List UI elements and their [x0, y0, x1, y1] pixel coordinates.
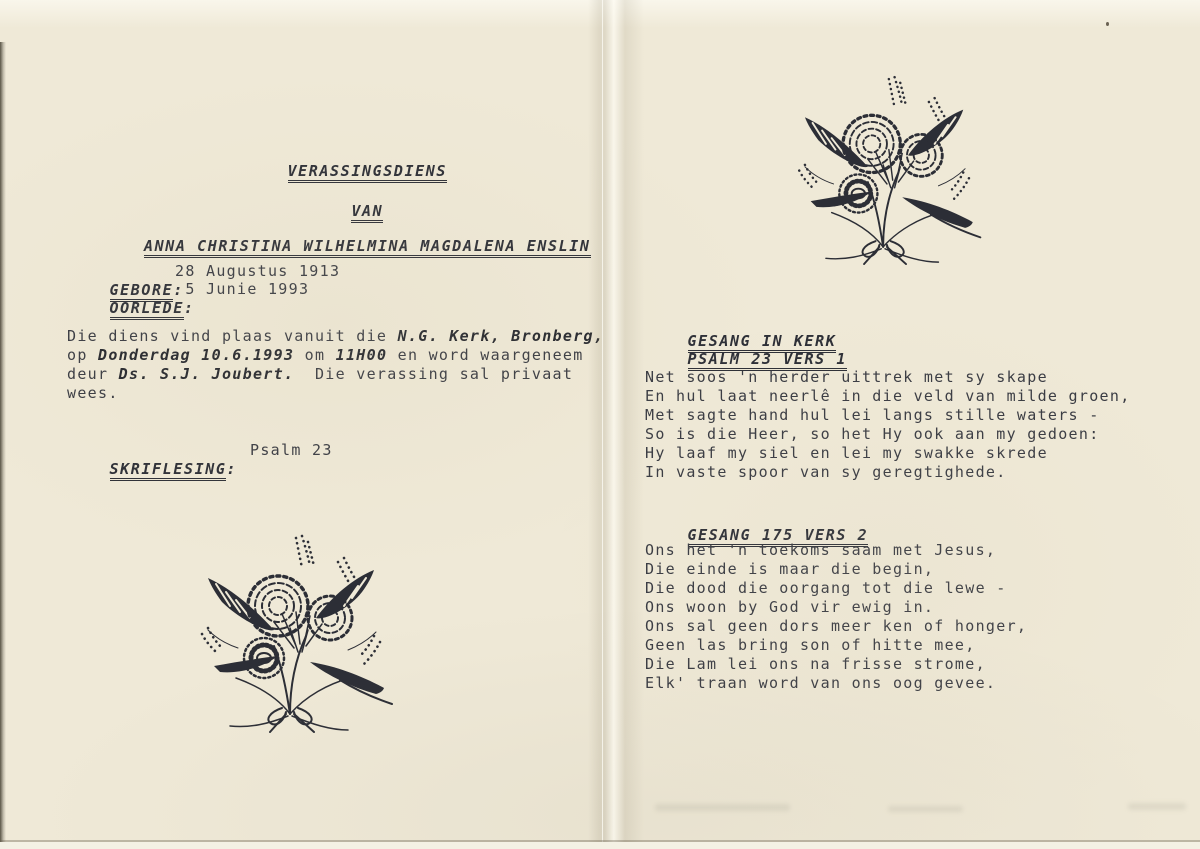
show-through-smudge	[655, 804, 790, 811]
flower-bouquet-illustration-bottom-left	[178, 518, 408, 733]
service-title-text: VERASSINGSDIENS	[288, 162, 447, 183]
scripture-reading-value: Psalm 23	[250, 441, 333, 460]
scan-left-dark-edge	[0, 42, 6, 843]
bottom-paper-strip	[0, 842, 1200, 849]
born-value: 28 Augustus 1913	[175, 262, 340, 281]
show-through-smudge	[1128, 803, 1186, 810]
scripture-reading-label: SKRIFLESING:	[67, 441, 237, 498]
center-fold-highlight	[602, 0, 603, 849]
service-details-paragraph: Die diens vind plaas vanuit die N.G. Ker…	[67, 327, 604, 403]
hymn1-verse: Net soos 'n herder uittrek met sy skape …	[645, 368, 1131, 482]
hymn2-verse: Ons het 'n toekoms saam met Jesus, Die e…	[645, 541, 1027, 693]
flower-bouquet-illustration-top-right	[776, 60, 996, 265]
scanned-funeral-program: VERASSINGSDIENS VAN ANNA CHRISTINA WILHE…	[0, 0, 1200, 849]
died-value: 5 Junie 1993	[175, 280, 309, 299]
bottom-crease-line	[0, 840, 1200, 842]
show-through-smudge	[888, 806, 963, 812]
scan-top-light-band	[0, 0, 1200, 28]
center-fold-crease	[588, 0, 644, 849]
scan-speck	[1106, 22, 1109, 26]
